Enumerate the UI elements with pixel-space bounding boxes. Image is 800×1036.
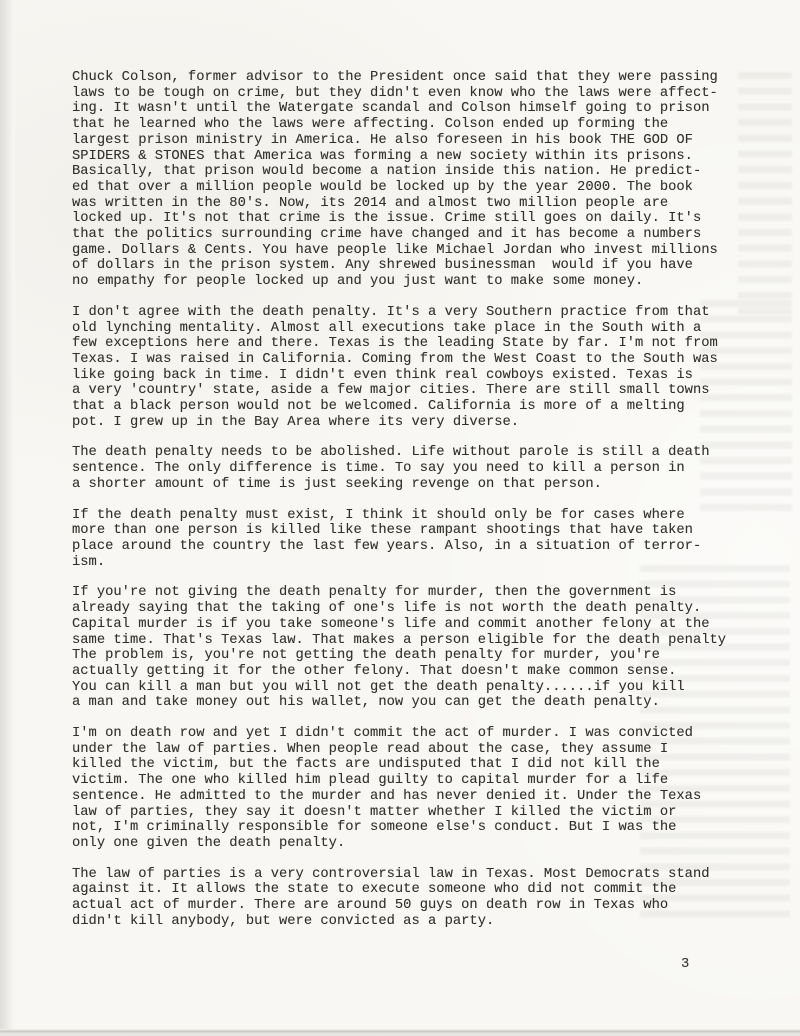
page-bottom-edge-shadow [0,1029,800,1036]
paragraph: The death penalty needs to be abolished.… [72,445,762,492]
page-number: 3 [681,957,689,972]
paragraph: If the death penalty must exist, I think… [72,508,762,571]
paragraph: Chuck Colson, former advisor to the Pres… [72,70,762,290]
paragraph: The law of parties is a very controversi… [72,867,762,930]
page-left-edge-shadow [0,0,15,1036]
typewritten-text-block: Chuck Colson, former advisor to the Pres… [72,70,762,944]
scanned-document-page: Chuck Colson, former advisor to the Pres… [0,0,800,1036]
paragraph: I'm on death row and yet I didn't commit… [72,726,762,852]
paragraph: I don't agree with the death penalty. It… [72,305,762,431]
paragraph: If you're not giving the death penalty f… [72,585,762,711]
